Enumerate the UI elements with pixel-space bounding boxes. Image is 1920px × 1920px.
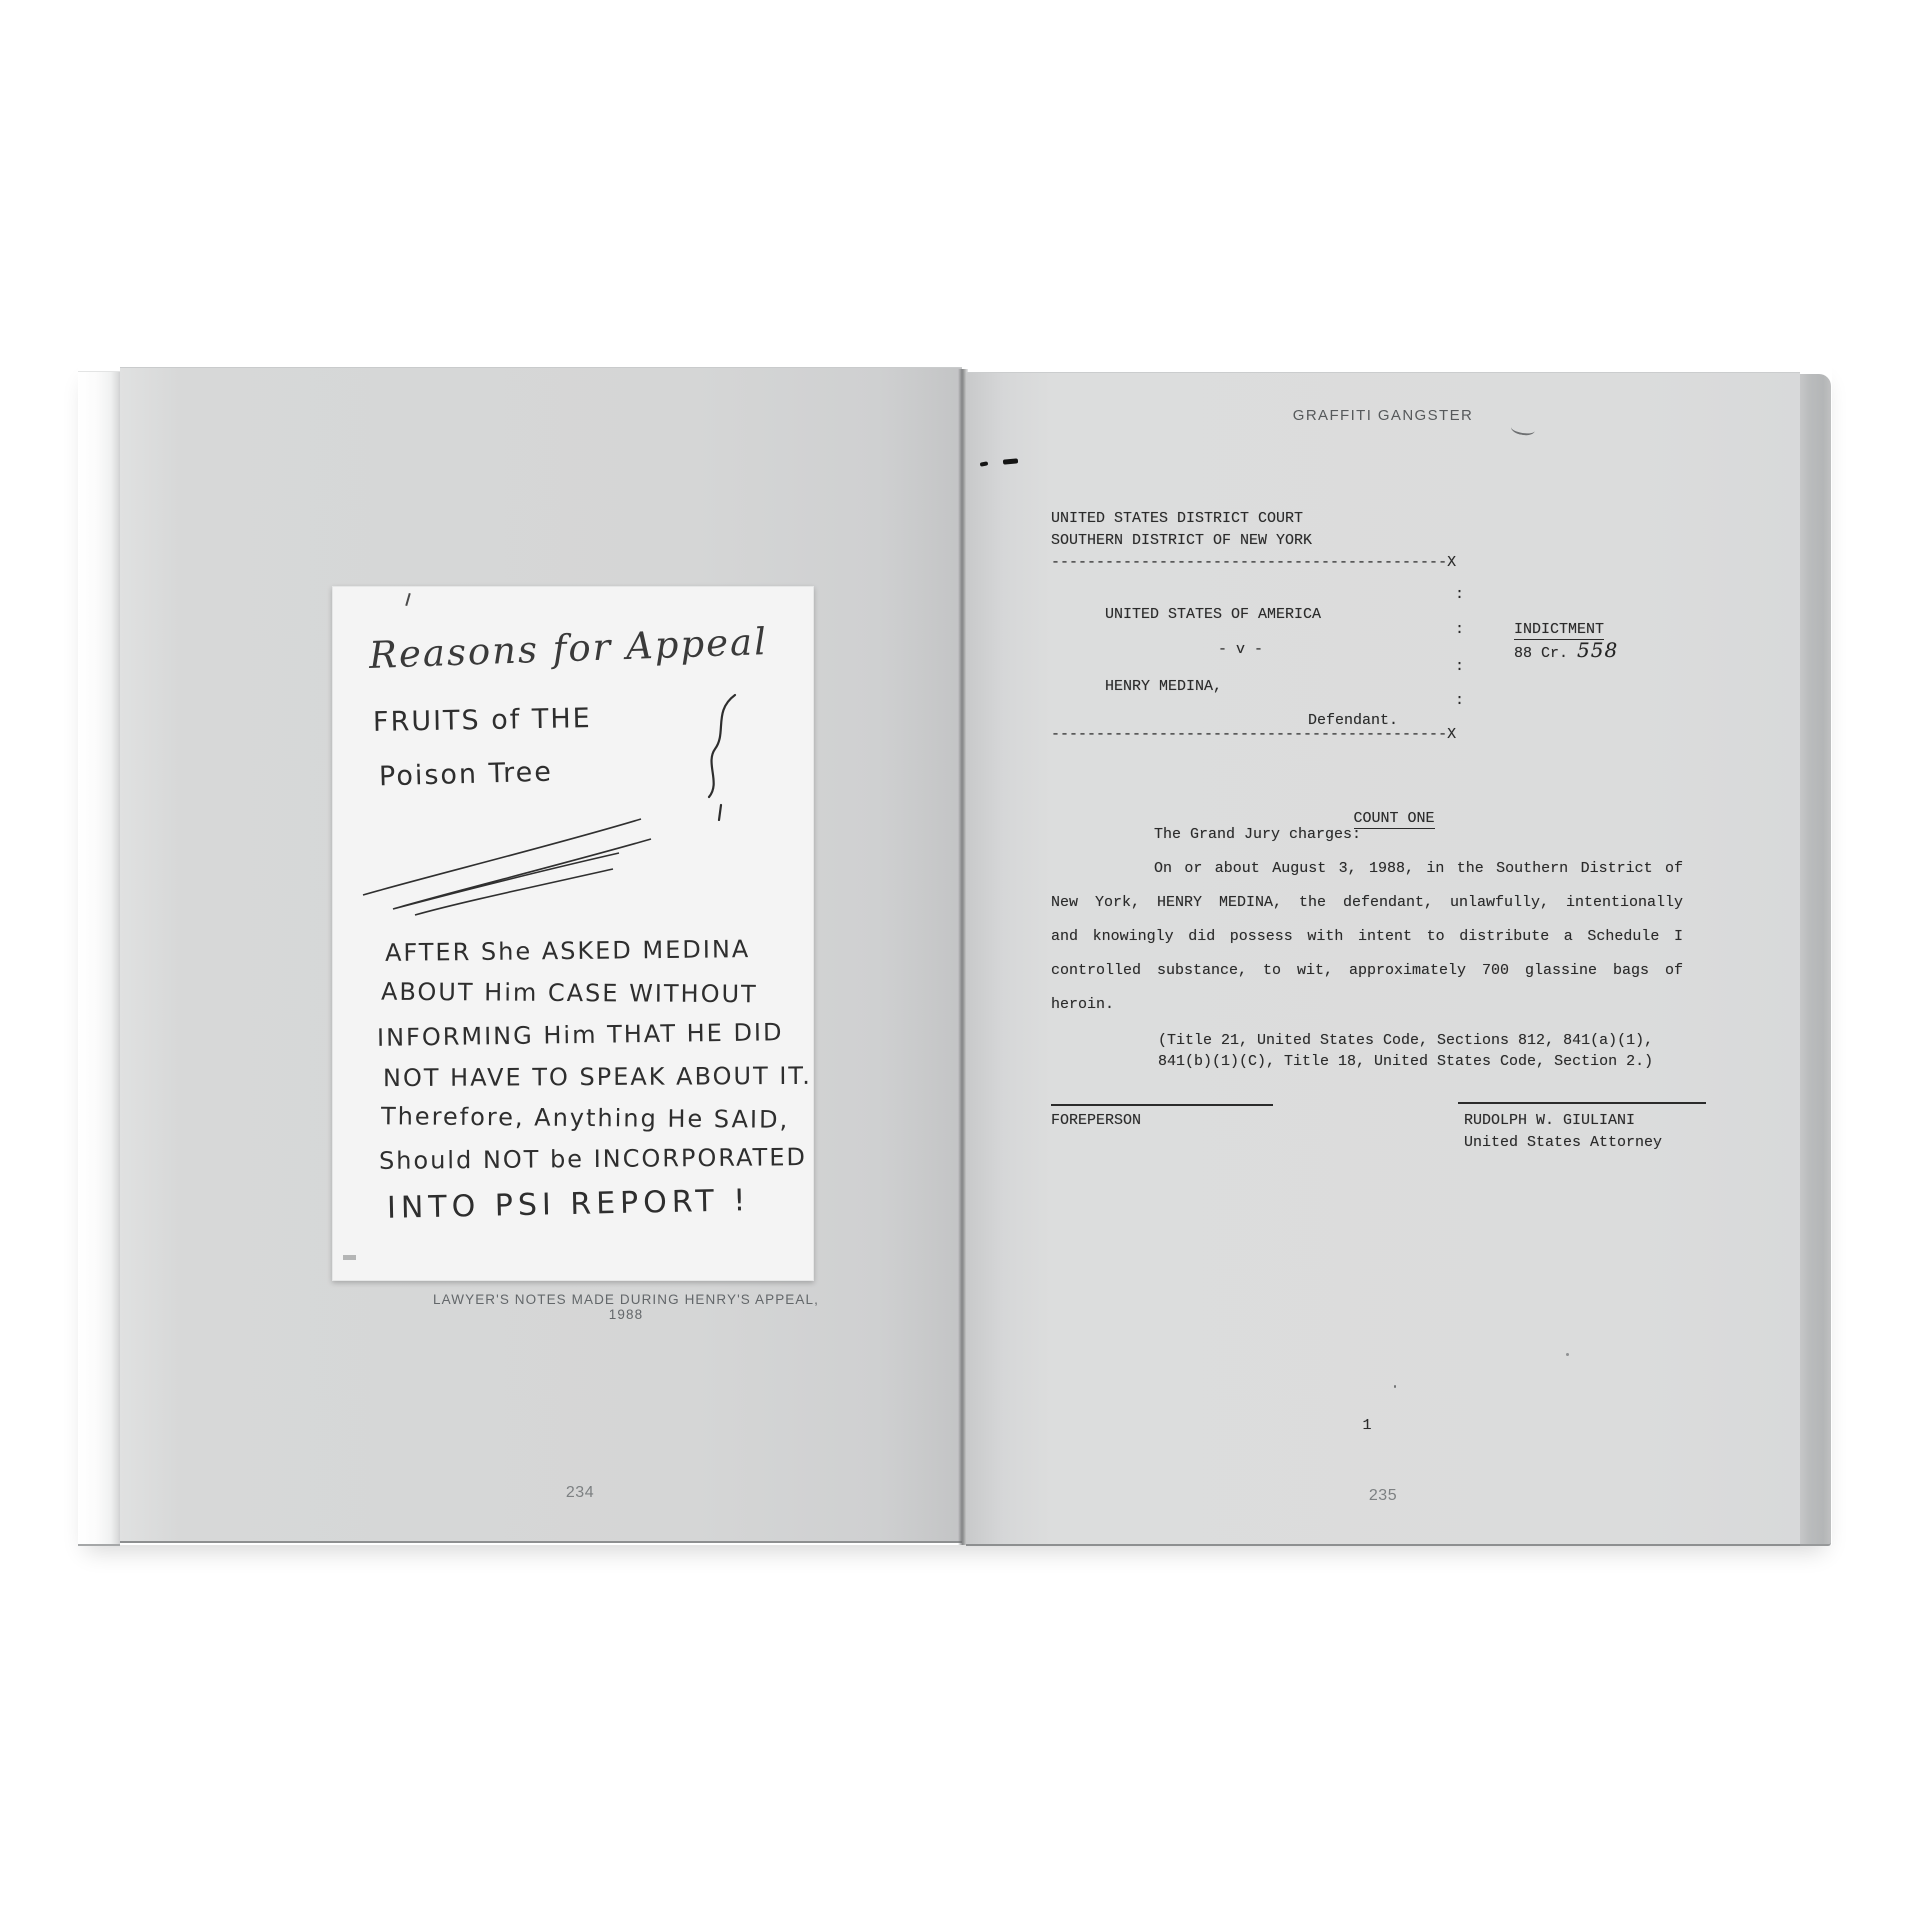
photo-caption: LAWYER'S NOTES MADE DURING HENRY'S APPEA… (420, 1292, 832, 1322)
charge-body-line: heroin. (1051, 995, 1683, 1015)
attorney-name: RUDOLPH W. GIULIANI (1464, 1111, 1635, 1131)
paper-smudge (343, 1255, 356, 1260)
note-paragraph-line: ABOUT Him CASE WITHOUT (381, 978, 758, 1009)
charges-intro: The Grand Jury charges: (1051, 825, 1786, 845)
note-paragraph-line: INFORMING Him THAT HE DID (377, 1018, 784, 1052)
running-header: GRAFFITI GANGSTER (966, 407, 1800, 424)
note-paragraph-line: NOT HAVE TO SPEAK ABOUT IT. (383, 1062, 812, 1092)
attorney-signature-line (1458, 1102, 1706, 1104)
caption-colon: : (1455, 620, 1464, 640)
court-district-line: SOUTHERN DISTRICT OF NEW YORK (1051, 531, 1683, 551)
caption-colon: : (1455, 657, 1464, 677)
note-paragraph-line: AFTER She ASKED MEDINA (385, 935, 751, 967)
statute-citation-line: (Title 21, United States Code, Sections … (1051, 1031, 1790, 1051)
charge-body-line: New York, HENRY MEDINA, the defendant, u… (1051, 893, 1683, 913)
note-line-fruits: FRUITS of THE (373, 703, 592, 738)
left-page: Reasons for Appeal FRUITS of THE Poison … (120, 367, 962, 1543)
caption-colon: : (1455, 691, 1464, 711)
brace-icon (701, 691, 745, 821)
charge-body-line: and knowingly did possess with intent to… (1051, 927, 1683, 947)
handwritten-note-photo: Reasons for Appeal FRUITS of THE Poison … (332, 586, 814, 1281)
right-cover-edge (1800, 374, 1831, 1546)
attorney-title: United States Attorney (1464, 1133, 1662, 1153)
statute-citation-line: 841(b)(1)(C), Title 18, United States Co… (1051, 1052, 1790, 1072)
dashed-rule-bottom: ----------------------------------------… (1051, 725, 1683, 745)
scribble-strokes-icon (355, 811, 655, 921)
caption-colon: : (1455, 585, 1464, 605)
note-paragraph-line: Therefore, Anything He SAID, (381, 1102, 789, 1134)
right-page: GRAFFITI GANGSTER UNITED STATES DISTRICT… (966, 372, 1800, 1546)
paper-speck (1566, 1353, 1569, 1356)
foreperson-signature-line (1051, 1104, 1273, 1106)
paper-scratch-mark (1510, 421, 1536, 437)
note-title-line: Reasons for Appeal (368, 620, 768, 677)
dashed-rule-top: ----------------------------------------… (1051, 553, 1683, 573)
page-number-left: 234 (550, 1484, 610, 1502)
note-paragraph-line: Should NOT be INCORPORATED (379, 1143, 807, 1175)
page-number-right: 235 (1353, 1487, 1413, 1505)
note-line-poison-tree: Poison Tree (379, 757, 554, 793)
charge-body-line: On or about August 3, 1988, in the South… (1051, 859, 1683, 879)
paper-speck (1656, 1141, 1658, 1143)
document-page-number: 1 (1051, 1416, 1683, 1436)
ink-speck (1003, 458, 1018, 464)
ink-speck (980, 461, 989, 466)
paper-speck (1394, 1385, 1396, 1388)
court-name-line: UNITED STATES DISTRICT COURT (1051, 509, 1683, 529)
note-paragraph-line: INTO PSI REPORT ! (387, 1183, 751, 1226)
left-page-edge-stack (78, 371, 120, 1546)
versus-text: - v - (1105, 641, 1263, 658)
open-book-spread: Reasons for Appeal FRUITS of THE Poison … (78, 361, 1832, 1545)
ink-tick-mark (405, 593, 411, 606)
charge-body-line: controlled substance, to wit, approximat… (1051, 961, 1683, 981)
